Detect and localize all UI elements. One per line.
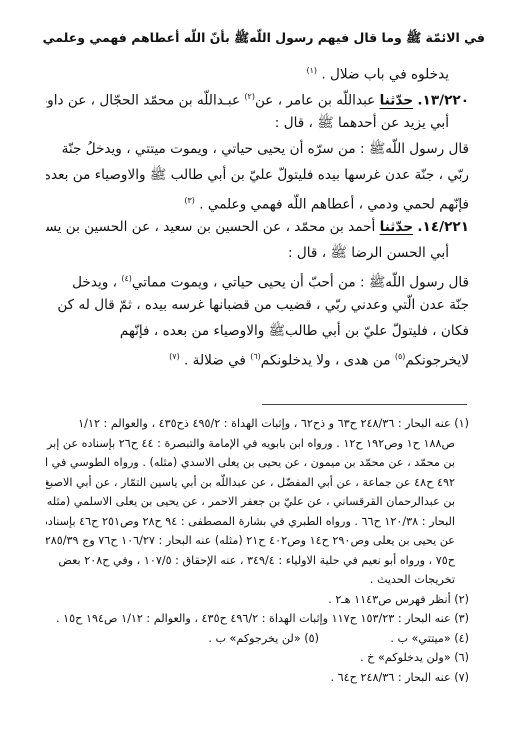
haddathana-label: حدّثنا (380, 93, 413, 109)
running-header: في الائمّة ﷺ وما قال فيهم رسول اللّهﷺ بأ… (44, 28, 485, 50)
book-page: في الائمّة ﷺ وما قال فيهم رسول اللّهﷺ بأ… (0, 0, 515, 752)
continuation-line: يدخلوه في باب ضلال . (١) (46, 58, 469, 84)
footnote-ref: (٦) (250, 352, 261, 361)
hadith-221-line-3: قال رسول اللّهﷺ : من أحبّ أن يحيى حياتي … (46, 266, 469, 292)
hadith-220-line-1: ١٣/٢٢٠. حدّثنا عبداللّه بن عامر ، عن(٢) … (46, 84, 469, 110)
hadith-220-line-4: ربّي ، جنّة عدن غرسها بيده فليتولّ عليّ … (46, 162, 469, 188)
footnote-4-5-row: (٤) «ميتتي» ب . (٥) «لن يخرجوكم» ب . (46, 629, 469, 649)
hadith-221-line-1: ١٤/٢٢١. حدّثنا أحمد بن محمّد ، عن الحسين… (46, 214, 469, 240)
footnote-ref: (١) (306, 66, 317, 75)
main-text: يدخلوه في باب ضلال . (١) ١٣/٢٢٠. حدّثنا … (46, 58, 469, 370)
footnotes: (١) عنه البحار : ٢٤٨/٣٦ ح٦٣ و ذح٦٢ ، وإث… (46, 414, 469, 687)
footnote-1-line: ص١٨٨ ح١ وص١٩٢ ح١٢ . ورواه ابن بابويه في … (46, 434, 469, 454)
footnote-5: (٥) «لن يخرجوكم» ب . (208, 629, 319, 649)
footnote-ref: (٣) (184, 196, 195, 205)
footnote-2: (٢) أنظر فهرس ص١١٤٣ هـ٢ . (46, 590, 469, 610)
footnote-3: (٣) عنه البحار : ١٥٣/٢٣ ح١١٧ وإثبات الهد… (46, 609, 469, 629)
footnote-1-line: تخريجات الحديث . (46, 570, 469, 590)
hadith-220-line-3: قال رسول اللّهﷺ : من سرّه أن يحيى حياتي … (46, 136, 469, 162)
footnote-1-line: بن محمّد ، عن محمّد بن ميمون ، عن يحيى ب… (46, 453, 469, 473)
footnote-ref: (٧) (169, 352, 180, 361)
hadith-220-line-2: أبي يزيد عن أحدهما ﷺ ، قال : (46, 110, 469, 136)
footnote-1-line: بن عبدالرحمان القرقساني ، عن عليّ بن جعف… (46, 492, 469, 512)
hadith-221-line-6: لايخرجونكم(٥) من هدى ، ولا يدخلونكم(٦) ف… (46, 344, 469, 370)
footnote-separator (262, 404, 467, 405)
hadith-221-line-4: جنّة عدن الّتي وعدني ربّي ، قضيب من قضبا… (46, 292, 469, 318)
footnote-1-line: (١) عنه البحار : ٢٤٨/٣٦ ح٦٣ و ذح٦٢ ، وإث… (46, 414, 469, 434)
footnote-1-line: البحار : ١٢٠/٣٨ ح٦٦ . ورواه الطبري في بش… (46, 512, 469, 532)
footnote-6: (٦) «ولن يدخلوكم» خ . (46, 648, 469, 668)
footnote-1-line: ٤٩٢ ح٤٨ عن جماعة ، عن أبي المفضّل ، عن ع… (46, 473, 469, 493)
hadith-number: ١٤/٢٢١. (417, 219, 469, 235)
header-title: في الائمّة ﷺ وما قال فيهم رسول اللّهﷺ بأ… (43, 30, 485, 49)
footnote-ref: (٢) (244, 92, 255, 101)
footnote-ref: (٤) (121, 274, 132, 283)
footnote-1-line: عن يحيى بن يعلى وص٢٩٠ ح١٤ وص٤٠٢ ح٢١ (مثل… (46, 531, 469, 551)
hadith-221-line-2: أبي الحسن الرضا ﷺ ، قال : (46, 240, 469, 266)
hadith-number: ١٣/٢٢٠. (417, 93, 469, 109)
hadith-220-line-5: فإنّهم لحمي ودمي ، أعطاهم اللّه فهمي وعل… (46, 188, 469, 214)
footnote-4: (٤) «ميتتي» ب . (319, 629, 469, 649)
footnote-ref: (٥) (395, 352, 406, 361)
haddathana-label: حدّثنا (380, 219, 413, 235)
hadith-221-line-5: فكان ، فليتولّ عليّ بن أبي طالبﷺ والاوصي… (46, 318, 469, 344)
footnote-1-line: ح٧٥ ، ورواه أبو نعيم في حلية الاولياء : … (46, 551, 469, 571)
footnote-7: (٧) عنه البحار : ٢٤٨/٣٦ ح٦٤ . (46, 668, 469, 688)
